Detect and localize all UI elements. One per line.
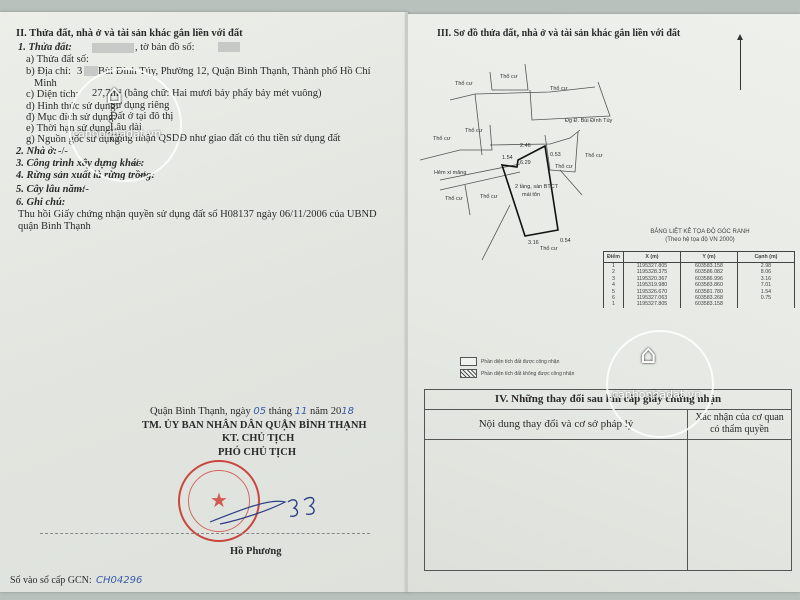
svg-text:mái tôn: mái tôn <box>522 192 540 198</box>
watermark-circle <box>68 68 182 182</box>
registry-value: CH04296 <box>96 574 142 587</box>
svg-text:Hẻm xi măng: Hẻm xi măng <box>434 170 466 176</box>
north-arrow-icon <box>740 38 741 90</box>
section-2-title: II. Thửa đất, nhà ở và tài sản khác gắn … <box>16 27 243 40</box>
svg-text:Thổ cư: Thổ cư <box>445 195 463 202</box>
notes-line-2: quận Bình Thạnh <box>18 220 91 233</box>
signature-icon <box>200 490 320 530</box>
svg-text:Thổ cư: Thổ cư <box>433 135 451 142</box>
legend-item: Phần diện tích đất không được công nhận <box>460 369 574 378</box>
section-3-title: III. Sơ đồ thửa đất, nhà ở và tài sản kh… <box>437 27 680 40</box>
changes-table: IV. Những thay đổi sau khi cấp giấy chứn… <box>424 389 792 571</box>
legend-plain-swatch <box>460 357 477 366</box>
perennial-label: 5. Cây lâu năm: <box>16 183 85 196</box>
svg-text:Thổ cư: Thổ cư <box>480 193 498 200</box>
redacted-map-sheet <box>218 42 240 52</box>
signature-line <box>40 533 370 534</box>
svg-text:0.54: 0.54 <box>560 238 571 244</box>
signing-month: 11 <box>295 406 308 417</box>
redacted-house-number <box>84 66 98 76</box>
perennial-value: -/- <box>79 183 89 196</box>
watermark-text: canhonhadat.vn <box>72 127 161 140</box>
svg-text:Thổ cư: Thổ cư <box>465 127 483 134</box>
watermark-circle <box>606 330 714 438</box>
signing-day: 05 <box>253 406 266 417</box>
svg-text:6.29: 6.29 <box>520 160 531 166</box>
svg-text:Thổ cư: Thổ cư <box>540 245 558 252</box>
coordinates-row: 11195327.805603583.1582.98 <box>604 263 795 270</box>
svg-text:2.46: 2.46 <box>520 143 531 149</box>
svg-text:2 tầng, sàn BTCT: 2 tầng, sàn BTCT <box>515 184 559 190</box>
coordinates-row: 11195327.805603583.158 <box>604 301 795 307</box>
signer-role-1: KT. CHỦ TỊCH <box>222 432 294 445</box>
svg-text:1.54: 1.54 <box>502 155 513 161</box>
coordinates-table-title: BẢNG LIỆT KÊ TỌA ĐỘ GÓC RANH (Theo hệ tọ… <box>600 228 800 244</box>
map-sheet-label: , tờ bản đồ số: <box>135 41 195 54</box>
address-prefix: 3 <box>77 65 82 78</box>
watermark-text: canhonhadat.vn <box>612 388 701 401</box>
svg-text:Thổ cư: Thổ cư <box>550 85 568 92</box>
house-mascot-icon: ⌂ <box>640 340 657 370</box>
house-mascot-icon: ⌂ <box>106 80 123 110</box>
coordinates-table: Điểm X (m) Y (m) Cạnh (m) 11195327.80560… <box>603 251 795 308</box>
signing-date: Quận Bình Thạnh, ngày 05 tháng 11 năm 20… <box>150 405 354 418</box>
svg-text:Đg Đ. Bùi Đình Túy: Đg Đ. Bùi Đình Túy <box>565 118 613 124</box>
svg-text:Thổ cư: Thổ cư <box>500 73 518 80</box>
legend-item: Phần diện tích đất được công nhận <box>460 357 574 366</box>
registry-label: Số vào sổ cấp GCN: <box>10 574 92 587</box>
svg-text:Thổ cư: Thổ cư <box>555 163 573 170</box>
redacted-parcel-number <box>92 43 134 53</box>
signer-name: Hồ Phương <box>230 545 282 558</box>
legend-hatch-swatch <box>460 369 477 378</box>
issuing-org: TM. ỦY BAN NHÂN DÂN QUẬN BÌNH THẠNH <box>142 419 367 432</box>
svg-text:0.53: 0.53 <box>550 152 561 158</box>
signer-role-2: PHÓ CHỦ TỊCH <box>218 446 296 459</box>
svg-text:Thổ cư: Thổ cư <box>585 152 603 159</box>
map-legend: Phần diện tích đất được công nhận Phần d… <box>460 357 574 381</box>
signing-year: 18 <box>341 406 354 417</box>
svg-text:3.16: 3.16 <box>528 240 539 246</box>
changes-content-cell <box>425 440 688 571</box>
svg-text:Thổ cư: Thổ cư <box>455 80 473 87</box>
page-fold <box>405 12 408 592</box>
